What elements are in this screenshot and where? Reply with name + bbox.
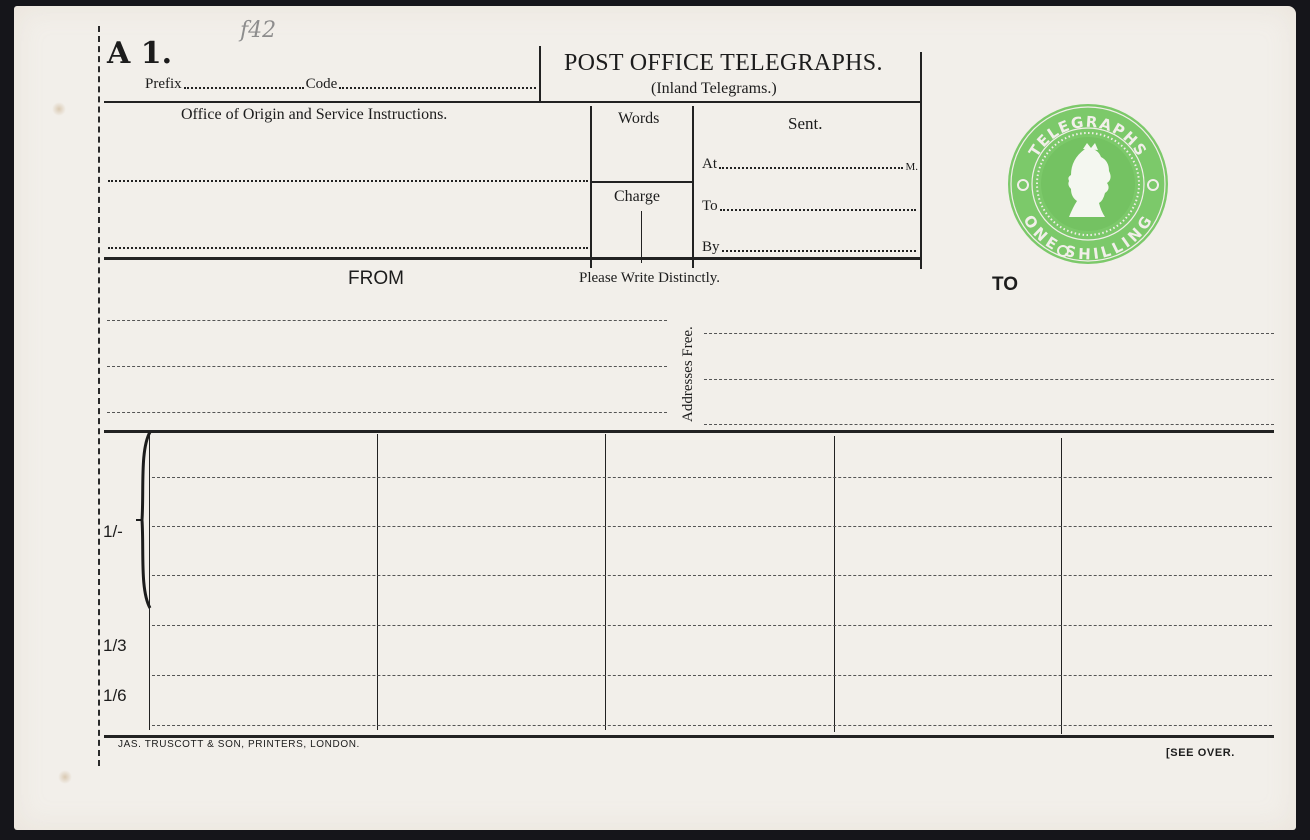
sent-label: Sent. bbox=[788, 114, 822, 134]
prefix-label: Prefix bbox=[145, 76, 182, 93]
sent-to-field[interactable] bbox=[720, 209, 916, 211]
message-line-2[interactable] bbox=[152, 526, 1272, 527]
form-subtitle: (Inland Telegrams.) bbox=[651, 80, 777, 98]
sent-at-label: At bbox=[702, 156, 717, 173]
sent-at-suffix: M. bbox=[905, 161, 918, 173]
from-label: FROM bbox=[348, 268, 404, 290]
sent-by-row[interactable]: By bbox=[702, 239, 918, 256]
write-distinctly-note: Please Write Distinctly. bbox=[579, 270, 720, 287]
rate-label-1s3d: 1/3 bbox=[103, 636, 127, 656]
form-title: POST OFFICE TELEGRAPHS. bbox=[564, 50, 883, 77]
words-sent-divider bbox=[692, 106, 694, 268]
telegram-form-card: f42 A 1. Prefix Code POST OFFICE TELEGRA… bbox=[14, 6, 1296, 830]
grid-col-divider-4 bbox=[1061, 438, 1062, 734]
from-address-line-1[interactable] bbox=[107, 320, 667, 321]
paper-blemish bbox=[58, 770, 72, 784]
to-address-line-3[interactable] bbox=[704, 424, 1274, 425]
to-address-line-1[interactable] bbox=[704, 333, 1274, 334]
grid-col-divider-1 bbox=[377, 434, 378, 730]
header-bottom-rule bbox=[104, 257, 922, 260]
code-field[interactable] bbox=[339, 87, 536, 89]
address-bottom-rule bbox=[104, 430, 1274, 433]
rate-label-1s: 1/- bbox=[103, 522, 123, 542]
words-label: Words bbox=[618, 110, 659, 128]
header-right-border bbox=[920, 52, 922, 269]
message-line-6[interactable] bbox=[152, 725, 1272, 726]
sent-at-field[interactable] bbox=[719, 167, 903, 169]
sent-to-row[interactable]: To bbox=[702, 198, 918, 215]
message-line-5[interactable] bbox=[152, 675, 1272, 676]
message-line-3[interactable] bbox=[152, 575, 1272, 576]
rate-label-1s6d: 1/6 bbox=[103, 686, 127, 706]
embossed-stamp-icon: TELEGRAPHS ONE SHILLING bbox=[1007, 103, 1169, 265]
office-origin-line-1[interactable] bbox=[108, 180, 588, 182]
words-charge-rule bbox=[592, 181, 692, 183]
addresses-free-note: Addresses Free. bbox=[680, 326, 697, 422]
from-address-line-2[interactable] bbox=[107, 366, 667, 367]
pencil-annotation: f42 bbox=[240, 18, 276, 43]
grid-bottom-rule bbox=[104, 735, 1274, 738]
perforation-line bbox=[98, 26, 100, 766]
from-address-line-3[interactable] bbox=[107, 412, 667, 413]
sent-by-field[interactable] bbox=[722, 250, 916, 252]
charge-split-line bbox=[641, 211, 642, 263]
grid-col-divider-3 bbox=[834, 436, 835, 732]
office-origin-label: Office of Origin and Service Instruction… bbox=[181, 106, 447, 124]
see-over-note: [SEE OVER. bbox=[1166, 747, 1235, 759]
form-code: A 1. bbox=[107, 36, 172, 71]
printer-imprint: JAS. TRUSCOTT & SON, PRINTERS, LONDON. bbox=[118, 739, 360, 750]
message-line-4[interactable] bbox=[152, 625, 1272, 626]
prefix-field[interactable] bbox=[184, 87, 304, 89]
header-rule bbox=[104, 101, 921, 103]
header-divider bbox=[539, 46, 541, 102]
office-origin-line-2[interactable] bbox=[108, 247, 588, 249]
origin-words-divider bbox=[590, 106, 592, 268]
message-line-1[interactable] bbox=[152, 477, 1272, 478]
prefix-code-row: Prefix Code bbox=[145, 76, 538, 93]
brace-icon bbox=[136, 430, 152, 610]
paper-blemish bbox=[52, 102, 66, 116]
grid-col-divider-2 bbox=[605, 434, 606, 730]
sent-to-label: To bbox=[702, 198, 718, 215]
sent-by-label: By bbox=[702, 239, 720, 256]
to-label: TO bbox=[992, 274, 1018, 296]
charge-label: Charge bbox=[614, 188, 660, 206]
sent-at-row[interactable]: At M. bbox=[702, 156, 918, 173]
code-label: Code bbox=[306, 76, 338, 93]
to-address-line-2[interactable] bbox=[704, 379, 1274, 380]
